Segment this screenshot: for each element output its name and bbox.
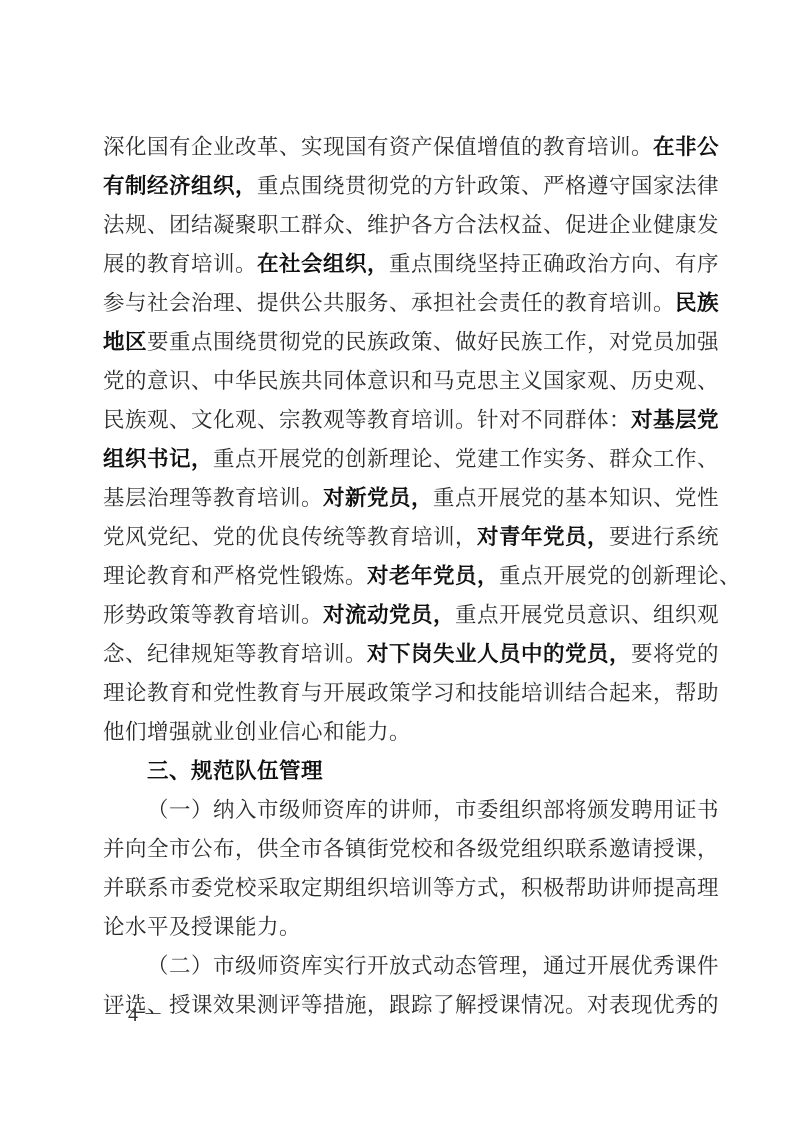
text-run: 展的教育培训。 — [103, 252, 257, 277]
text-line: 形势政策等教育培训。对流动党员，重点开展党员意识、组织观 — [103, 596, 695, 635]
bold-emphasis: 民族 — [675, 291, 719, 316]
bold-emphasis: 对新党员， — [323, 486, 433, 511]
text-run: 法规、团结凝聚职工群众、维护各方合法权益、促进企业健康发 — [103, 213, 719, 238]
text-line: 论水平及授课能力。 — [103, 908, 695, 947]
text-line: 基层治理等教育培训。对新党员，重点开展党的基本知识、党性 — [103, 479, 695, 518]
text-run: 民族观、文化观、宗教观等教育培训。针对不同群体： — [103, 408, 631, 433]
text-line: 念、纪律规矩等教育培训。对下岗失业人员中的党员，要将党的 — [103, 635, 695, 674]
section-heading: 三、规范队伍管理 — [103, 752, 695, 791]
text-line: 深化国有企业改革、实现国有资产保值增值的教育培训。在非公 — [103, 128, 695, 167]
text-run: 理论教育和党性教育与开展政策学习和技能培训结合起来，帮助 — [103, 681, 719, 706]
text-line: 评选、授课效果测评等措施，跟踪了解授课情况。对表现优秀的 — [103, 986, 695, 1025]
bold-emphasis: 在非公 — [653, 135, 719, 160]
text-run: 要将党的 — [631, 642, 719, 667]
text-line: 参与社会治理、提供公共服务、承担社会责任的教育培训。民族 — [103, 284, 695, 323]
text-line: 他们增强就业创业信心和能力。 — [103, 713, 695, 752]
paragraph-training-groups: 深化国有企业改革、实现国有资产保值增值的教育培训。在非公有制经济组织，重点围绕贯… — [103, 128, 695, 752]
text-run: 基层治理等教育培训。 — [103, 486, 323, 511]
text-line: 有制经济组织，重点围绕贯彻党的方针政策、严格遵守国家法律 — [103, 167, 695, 206]
document-body: 深化国有企业改革、实现国有资产保值增值的教育培训。在非公有制经济组织，重点围绕贯… — [103, 128, 695, 1025]
text-run: 参与社会治理、提供公共服务、承担社会责任的教育培训。 — [103, 291, 675, 316]
text-line: 展的教育培训。在社会组织，重点围绕坚持正确政治方向、有序 — [103, 245, 695, 284]
text-line: 组织书记，重点开展党的创新理论、党建工作实务、群众工作、 — [103, 440, 695, 479]
text-run: 重点围绕贯彻党的方针政策、严格遵守国家法律 — [257, 174, 719, 199]
text-line: 法规、团结凝聚职工群众、维护各方合法权益、促进企业健康发 — [103, 206, 695, 245]
text-line: （一）纳入市级师资库的讲师，市委组织部将颁发聘用证书 — [103, 791, 695, 830]
text-run: 党风党纪、党的优良传统等教育培训， — [103, 525, 477, 550]
text-line: 并联系市委党校采取定期组织培训等方式，积极帮助讲师提高理 — [103, 869, 695, 908]
text-run: 重点开展党员意识、组织观 — [455, 603, 719, 628]
text-line: 民族观、文化观、宗教观等教育培训。针对不同群体：对基层党 — [103, 401, 695, 440]
text-line: 地区要重点围绕贯彻党的民族政策、做好民族工作，对党员加强 — [103, 323, 695, 362]
text-run: 理论教育和严格党性锻炼。 — [103, 564, 367, 589]
text-line: 理论教育和严格党性锻炼。对老年党员，重点开展党的创新理论、 — [103, 557, 695, 596]
text-line: （二）市级师资库实行开放式动态管理，通过开展优秀课件 — [103, 947, 695, 986]
bold-emphasis: 对老年党员， — [367, 564, 499, 589]
text-run: 他们增强就业创业信心和能力。 — [103, 720, 411, 745]
text-run: 要进行系统 — [609, 525, 719, 550]
paragraph-item-1: （一）纳入市级师资库的讲师，市委组织部将颁发聘用证书 并向全市公布，供全市各镇街… — [103, 791, 695, 947]
bold-emphasis: 对青年党员， — [477, 525, 609, 550]
text-run: 重点开展党的基本知识、党性 — [433, 486, 719, 511]
bold-emphasis: 在社会组织， — [257, 252, 389, 277]
text-run: 党的意识、中华民族共同体意识和马克思主义国家观、历史观、 — [103, 369, 719, 394]
page-number: － 4 － — [103, 1000, 163, 1030]
paragraph-item-2: （二）市级师资库实行开放式动态管理，通过开展优秀课件 评选、授课效果测评等措施，… — [103, 947, 695, 1025]
bold-emphasis: 对下岗失业人员中的党员， — [367, 642, 631, 667]
text-run: 念、纪律规矩等教育培训。 — [103, 642, 367, 667]
bold-emphasis: 对流动党员， — [323, 603, 455, 628]
bold-emphasis: 对基层党 — [631, 408, 719, 433]
text-run: 要重点围绕贯彻党的民族政策、做好民族工作，对党员加强 — [147, 330, 719, 355]
text-line: 理论教育和党性教育与开展政策学习和技能培训结合起来，帮助 — [103, 674, 695, 713]
bold-emphasis: 地区 — [103, 330, 147, 355]
text-line: 党风党纪、党的优良传统等教育培训，对青年党员，要进行系统 — [103, 518, 695, 557]
bold-emphasis: 有制经济组织， — [103, 174, 257, 199]
text-run: 重点围绕坚持正确政治方向、有序 — [389, 252, 719, 277]
text-line: 党的意识、中华民族共同体意识和马克思主义国家观、历史观、 — [103, 362, 695, 401]
text-run: 重点开展党的创新理论、 — [499, 564, 741, 589]
text-line: 并向全市公布，供全市各镇街党校和各级党组织联系邀请授课， — [103, 830, 695, 869]
text-run: 重点开展党的创新理论、党建工作实务、群众工作、 — [213, 447, 719, 472]
text-run: 形势政策等教育培训。 — [103, 603, 323, 628]
text-run: 深化国有企业改革、实现国有资产保值增值的教育培训。 — [103, 135, 653, 160]
bold-emphasis: 组织书记， — [103, 447, 213, 472]
